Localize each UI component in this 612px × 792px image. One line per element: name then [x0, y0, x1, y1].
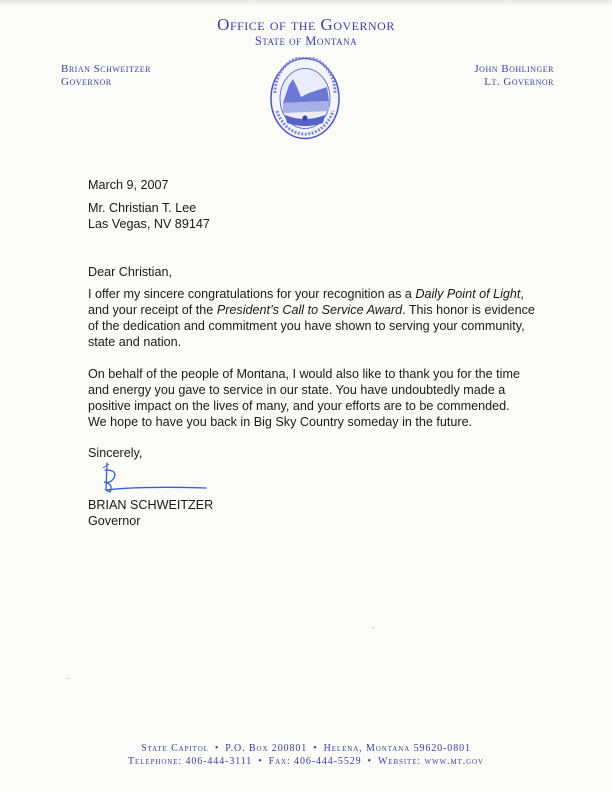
footer-telephone: Telephone: 406-444-3111 [128, 756, 252, 767]
paragraph-thanks: On behalf of the people of Montana, I wo… [88, 366, 558, 414]
scan-speck [68, 678, 69, 679]
governor-name: Brian Schweitzer [61, 63, 151, 75]
signer-name: BRIAN SCHWEITZER [88, 497, 213, 513]
text: On behalf of the people of Montana, I wo… [88, 366, 558, 382]
footer-fax: Fax: 406-444-5529 [269, 756, 362, 767]
text: positive impact on the lives of many, an… [88, 398, 558, 414]
office-title: Office of the Governor [0, 15, 612, 35]
signer-title: Governor [88, 513, 141, 529]
bullet-separator: • [215, 743, 219, 754]
scan-edge-shadow [0, 0, 612, 6]
award-name-daily-point-of-light: Daily Point of Light [415, 287, 520, 301]
state-name: State of Montana [0, 34, 612, 49]
text: . This honor is evidence [402, 303, 535, 317]
paragraph-congratulations: I offer my sincere congratulations for y… [88, 286, 558, 350]
text: of the dedication and commitment you hav… [88, 318, 558, 334]
bullet-separator: • [258, 756, 262, 767]
text: , [520, 287, 524, 301]
footer-address-line: State Capitol•P.O. Box 200801•Helena, Mo… [0, 743, 612, 754]
recipient-address: Las Vegas, NV 89147 [88, 216, 210, 232]
text: and energy you gave to service in our st… [88, 382, 558, 398]
award-name-presidents-call: President’s Call to Service Award [217, 303, 402, 317]
text: I offer my sincere congratulations for y… [88, 287, 415, 301]
salutation: Dear Christian, [88, 264, 172, 280]
text: and your receipt of the [88, 303, 217, 317]
footer-city: Helena, Montana 59620-0801 [324, 743, 471, 754]
governor-title: Governor [61, 76, 112, 88]
paragraph-closing-wish: We hope to have you back in Big Sky Coun… [88, 414, 558, 430]
footer-po-box: P.O. Box 200801 [225, 743, 307, 754]
scan-speck [373, 627, 374, 628]
text: state and nation. [88, 334, 558, 350]
bullet-separator: • [368, 756, 372, 767]
lt-governor-name: John Bohlinger [474, 63, 554, 75]
montana-state-seal-icon [269, 57, 341, 140]
recipient-name: Mr. Christian T. Lee [88, 200, 196, 216]
footer-website: Website: www.mt.gov [378, 756, 484, 767]
footer-address: State Capitol [141, 743, 209, 754]
bullet-separator: • [313, 743, 317, 754]
footer-contact-line: Telephone: 406-444-3111•Fax: 406-444-552… [0, 756, 612, 767]
closing: Sincerely, [88, 445, 142, 461]
handwritten-signature-icon [100, 462, 210, 494]
lt-governor-title: Lt. Governor [484, 76, 554, 88]
letter-date: March 9, 2007 [88, 177, 169, 193]
